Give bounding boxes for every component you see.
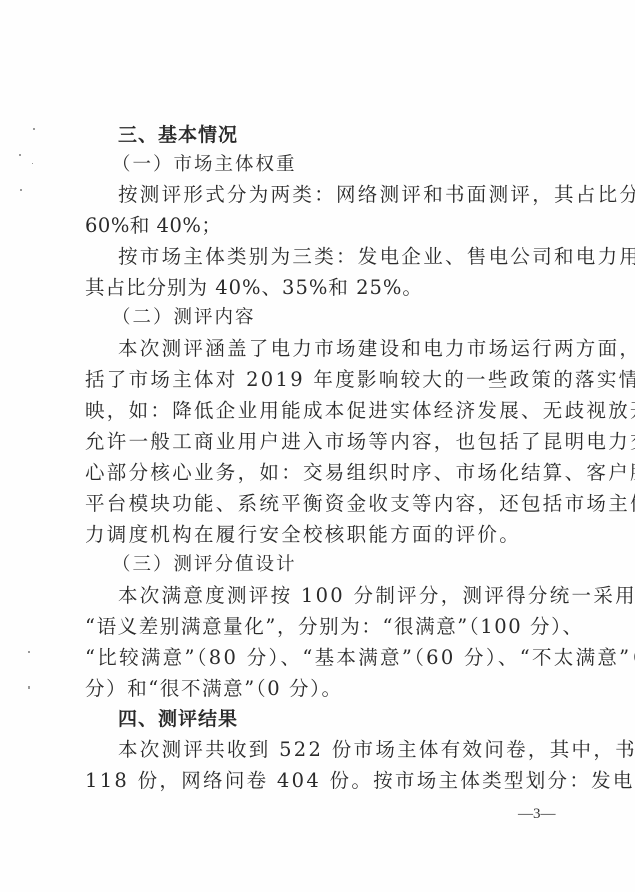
paragraph-line: 平台模块功能、系统平衡资金收支等内容，还包括市场主体对电 — [85, 489, 547, 519]
subsection-heading: （一）市场主体权重 — [112, 150, 574, 180]
paragraph-line: 本次测评涵盖了电力市场建设和电力市场运行两方面，既包 — [118, 334, 548, 364]
scan-speck — [20, 189, 22, 191]
paragraph-line: 括了市场主体对 2019 年度影响较大的一些政策的落实情况的反 — [85, 365, 547, 395]
paragraph-line: 60%和 40%； — [85, 211, 547, 241]
subsection-heading: （二）测评内容 — [112, 303, 574, 333]
section-heading: 三、基本情况 — [118, 120, 580, 150]
scan-speck — [28, 651, 30, 653]
subsection-heading: （三）测评分值设计 — [112, 550, 574, 580]
section-heading: 四、测评结果 — [118, 704, 580, 734]
scan-speck — [28, 686, 30, 689]
paragraph-line: 允许一般工商业用户进入市场等内容，也包括了昆明电力交易中 — [85, 427, 547, 457]
paragraph-line: 映，如：降低企业用能成本促进实体经济发展、无歧视放开电网、 — [85, 396, 547, 426]
paragraph-line: “语义差别满意量化”，分别为：“很满意”（100 分）、 — [85, 612, 547, 642]
paragraph-line: 本次满意度测评按 100 分制评分，测评得分统一采用 5 级点 — [118, 581, 548, 611]
paragraph-line: 按测评形式分为两类：网络测评和书面测评，其占比分别为 — [118, 180, 548, 210]
page-number: —3— — [518, 806, 556, 823]
paragraph-line: 其占比分别为 40%、35%和 25%。 — [85, 273, 547, 303]
scan-speck — [33, 128, 35, 130]
paragraph-line: “比较满意”（80 分）、“基本满意”（60 分）、“不太满意”（40 — [85, 643, 547, 673]
paragraph-line: 心部分核心业务，如：交易组织时序、市场化结算、客户服务、 — [85, 458, 547, 488]
paragraph-line: 力调度机构在履行安全校核职能方面的评价。 — [85, 520, 547, 550]
paragraph-line: 本次测评共收到 522 份市场主体有效问卷，其中，书面问卷 — [118, 735, 548, 765]
scan-speck — [32, 163, 33, 164]
paragraph-line: 按市场主体类别为三类：发电企业、售电公司和电力用户， — [118, 242, 548, 272]
document-page: 三、基本情况 （一）市场主体权重 按测评形式分为两类：网络测评和书面测评，其占比… — [0, 0, 635, 892]
paragraph-line: 分）和“很不满意”（0 分）。 — [85, 674, 547, 704]
scan-speck — [19, 154, 21, 156]
paragraph-line: 118 份，网络问卷 404 份。按市场主体类型划分：发电企业 202 — [85, 766, 547, 796]
